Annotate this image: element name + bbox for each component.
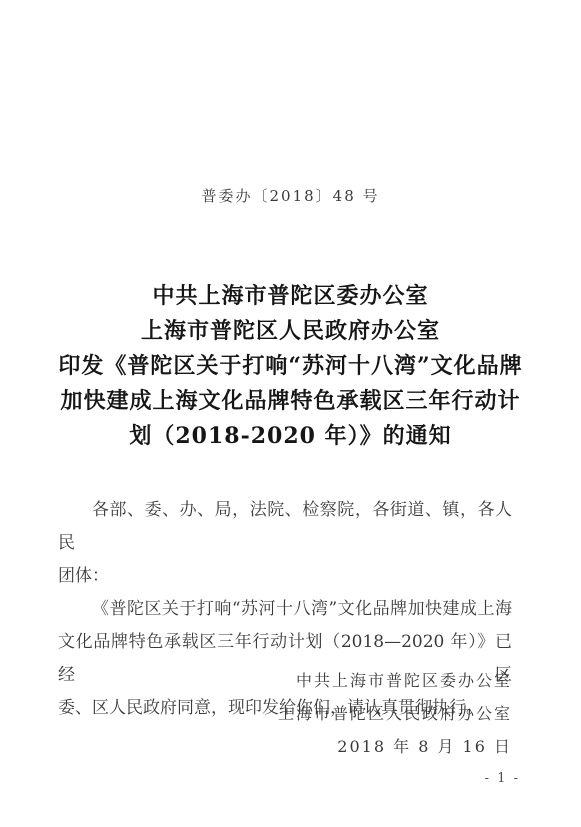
salutation-line: 团体：	[58, 560, 512, 593]
title-line: 印发《普陀区关于打响“苏河十八湾”文化品牌	[30, 349, 551, 384]
title-line: 划（2018-2020 年）》的通知	[30, 419, 551, 454]
document-title: 中共上海市普陀区委办公室 上海市普陀区人民政府办公室 印发《普陀区关于打响“苏河…	[30, 279, 551, 454]
body-line: 《普陀区关于打响“苏河十八湾”文化品牌加快建成上海	[58, 593, 512, 626]
signature-org-line: 中共上海市普陀区委办公室	[58, 664, 512, 697]
document-page: 普委办〔2018〕48 号 中共上海市普陀区委办公室 上海市普陀区人民政府办公室…	[0, 0, 581, 827]
page-number: - 1 -	[485, 770, 520, 788]
signature-org-line: 上海市普陀区人民政府办公室	[58, 697, 512, 730]
title-line: 中共上海市普陀区委办公室	[30, 279, 551, 314]
title-line: 加快建成上海文化品牌特色承载区三年行动计	[30, 384, 551, 419]
document-reference-number: 普委办〔2018〕48 号	[0, 186, 581, 206]
signature-date-line: 2018 年 8 月 16 日	[58, 730, 512, 763]
title-line: 上海市普陀区人民政府办公室	[30, 314, 551, 349]
signature-block: 中共上海市普陀区委办公室 上海市普陀区人民政府办公室 2018 年 8 月 16…	[58, 664, 512, 763]
salutation-line: 各部、委、办、局，法院、检察院，各街道、镇，各人民	[58, 494, 512, 560]
